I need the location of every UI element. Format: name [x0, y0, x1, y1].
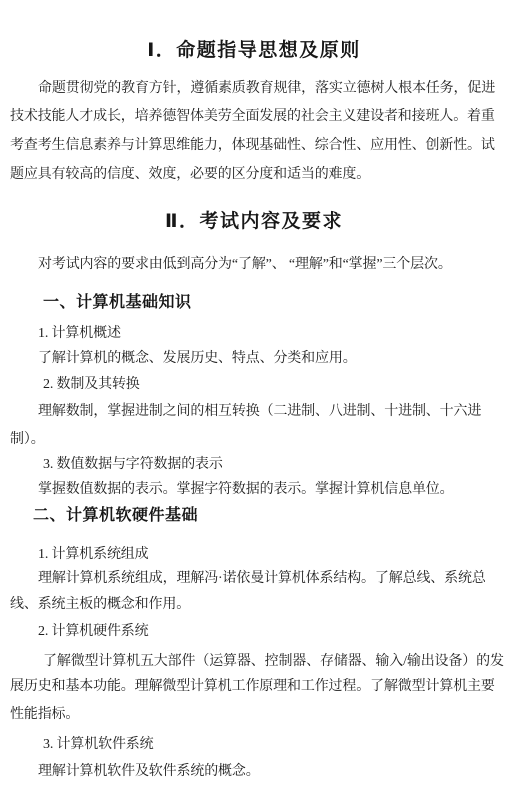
- section2-body-line: 理解计算机软件及软件系统的概念。: [38, 762, 260, 782]
- section1-body-line: 理解数制，掌握进制之间的相互转换（二进制、八进制、十进制、十六进: [38, 402, 481, 422]
- section2-item-heading: 2. 计算机硬件系统: [38, 622, 149, 642]
- section1-body-line: 掌握数值数据的表示。掌握字符数据的表示。掌握计算机信息单位。: [38, 480, 454, 500]
- part1-para-line: 技术技能人才成长，培养德智体美劳全面发展的社会主义建设者和接班人。着重: [10, 107, 495, 127]
- section1-item-heading: 3. 数值数据与字符数据的表示: [43, 455, 223, 475]
- part1-para-line: 命题贯彻党的教育方针，遵循素质教育规律，落实立德树人根本任务，促进: [38, 79, 495, 99]
- section1-item-heading: 1. 计算机概述: [38, 324, 121, 344]
- part1-para-line: 考查考生信息素养与计算思维能力，体现基础性、综合性、应用性、创新性。试: [10, 136, 495, 156]
- section2-body-line: 了解微型计算机五大部件（运算器、控制器、存储器、输入/输出设备）的发: [43, 652, 504, 672]
- part1-para-line: 题应具有较高的信度、效度，必要的区分度和适当的难度。: [10, 165, 370, 185]
- section2-body-line: 理解计算机系统组成，理解冯·诺依曼计算机体系结构。了解总线、系统总: [38, 569, 486, 589]
- section2-item-heading: 3. 计算机软件系统: [43, 735, 154, 755]
- section2-body-line: 性能指标。: [10, 705, 79, 725]
- part1-title: Ⅰ．命题指导思想及原则: [0, 38, 508, 64]
- section2-body-line: 线、系统主板的概念和作用。: [10, 595, 190, 615]
- section2-heading: 二、计算机软硬件基础: [33, 505, 198, 527]
- section1-body-line: 制）。: [10, 430, 45, 450]
- section1-item-heading: 2. 数制及其转换: [43, 375, 140, 395]
- section2-body-line: 展历史和基本功能。理解微型计算机工作原理和工作过程。了解微型计算机主要: [10, 677, 495, 697]
- part2-title: Ⅱ．考试内容及要求: [0, 209, 508, 235]
- section1-heading: 一、计算机基础知识: [43, 292, 192, 314]
- document-page: Ⅰ．命题指导思想及原则 命题贯彻党的教育方针，遵循素质教育规律，落实立德树人根本…: [0, 0, 508, 800]
- section1-body-line: 了解计算机的概念、发展历史、特点、分类和应用。: [38, 349, 357, 369]
- part2-intro-line: 对考试内容的要求由低到高分为“了解”、 “理解”和“掌握”三个层次。: [38, 255, 452, 275]
- section2-item-heading: 1. 计算机系统组成: [38, 545, 149, 565]
